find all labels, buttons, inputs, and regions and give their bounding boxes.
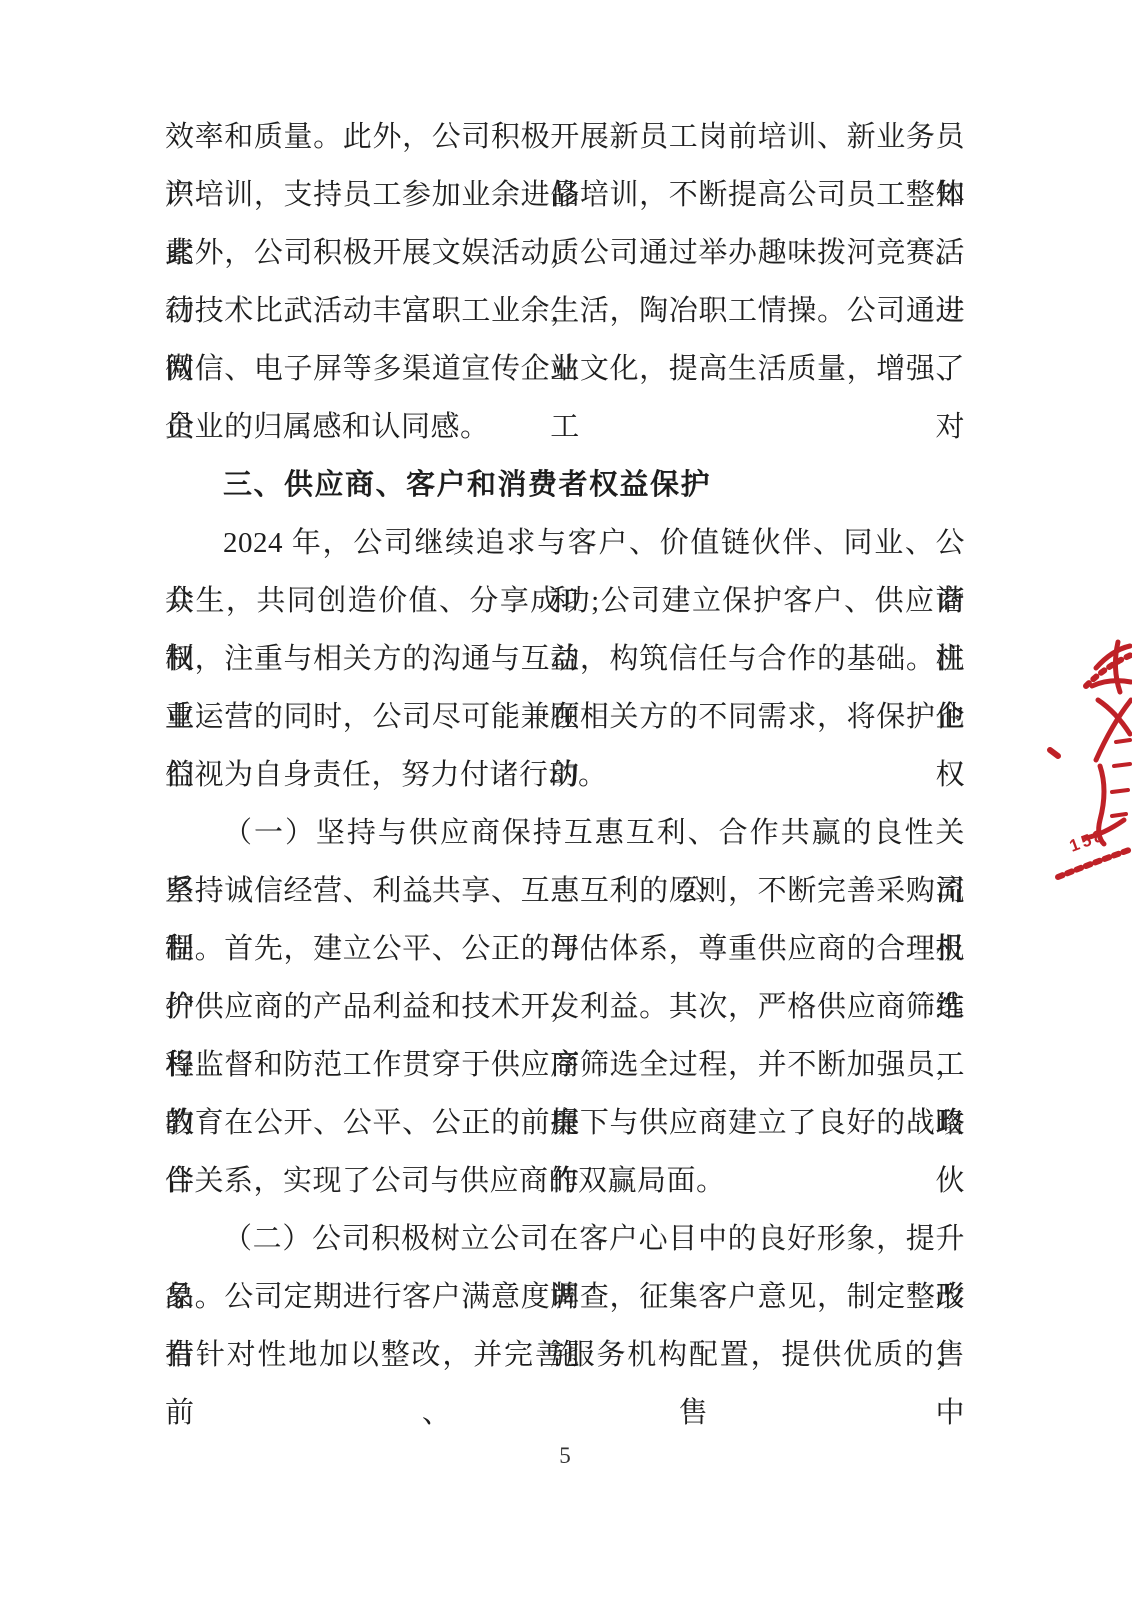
paragraph-line: 有针对性地加以整改，并完善服务机构配置，提供优质的售前、售中	[165, 1326, 965, 1384]
paragraph-line: 教育在公开、公平、公正的前提下与供应商建立了良好的战略合作伙	[165, 1094, 965, 1152]
paragraph-line: 共生，共同创造价值、分享成功;公司建立保护客户、供应商权益机	[165, 572, 965, 630]
paragraph-line: 象。公司定期进行客户满意度调查，征集客户意见，制定整改措施，	[165, 1268, 965, 1326]
paragraph-line: 效率和质量。此外，公司积极开展新员工岗前培训、新业务员产品知	[165, 108, 965, 166]
section-heading-supplier-customer-protection: 三、供应商、客户和消费者权益保护	[165, 456, 965, 514]
paragraph-line: 制，注重与相关方的沟通与互动，构筑信任与合作的基础。注重在企	[165, 630, 965, 688]
paragraph-line: （二）公司积极树立公司在客户心目中的良好形象，提升品牌形	[165, 1210, 965, 1268]
paragraph-line: 护供应商的产品利益和技术开发利益。其次，严格供应商筛选程序，	[165, 978, 965, 1036]
seal-border-arc-bottom	[1058, 850, 1129, 877]
seal-border-arc-top	[1086, 655, 1131, 686]
page-number: 5	[165, 1443, 965, 1469]
paragraph-line: 业运营的同时，公司尽可能兼顾相关方的不同需求，将保护他们的权	[165, 688, 965, 746]
paragraph-line: 微信、电子屏等多渠道宣传企业文化，提高生活质量，增强了员工对	[165, 340, 965, 398]
paragraph-line: 制。首先，建立公平、公正的评估体系，尊重供应商的合理报价，维	[165, 920, 965, 978]
paragraph-line: 坚持诚信经营、利益共享、互惠互利的原则，不断完善采购流程与机	[165, 862, 965, 920]
red-seal-stamp-icon: 158	[1028, 618, 1132, 898]
seal-number: 158	[1067, 825, 1109, 856]
document-body: 效率和质量。此外，公司积极开展新员工岗前培训、新业务员产品知 识培训，支持员工参…	[165, 108, 965, 1384]
paragraph-line: 识培训，支持员工参加业余进修培训，不断提高公司员工整体素质。	[165, 166, 965, 224]
paragraph-line: 此外，公司积极开展文娱活动，公司通过举办趣味拨河竞赛活动，进	[165, 224, 965, 282]
seal-calligraphy-strokes	[1050, 642, 1131, 844]
paragraph-line: 行技术比武活动丰富职工业余生活，陶冶职工情操。公司通过网站、	[165, 282, 965, 340]
paragraph-line: 2024 年，公司继续追求与客户、价值链伙伴、同业、公众和谐	[165, 514, 965, 572]
document-page: 效率和质量。此外，公司积极开展新员工岗前培训、新业务员产品知 识培训，支持员工参…	[0, 0, 1132, 1600]
paragraph-line: （一）坚持与供应商保持互惠互利、合作共赢的良性关系。公司	[165, 804, 965, 862]
paragraph-line: 将监督和防范工作贯穿于供应商筛选全过程，并不断加强员工的廉政	[165, 1036, 965, 1094]
